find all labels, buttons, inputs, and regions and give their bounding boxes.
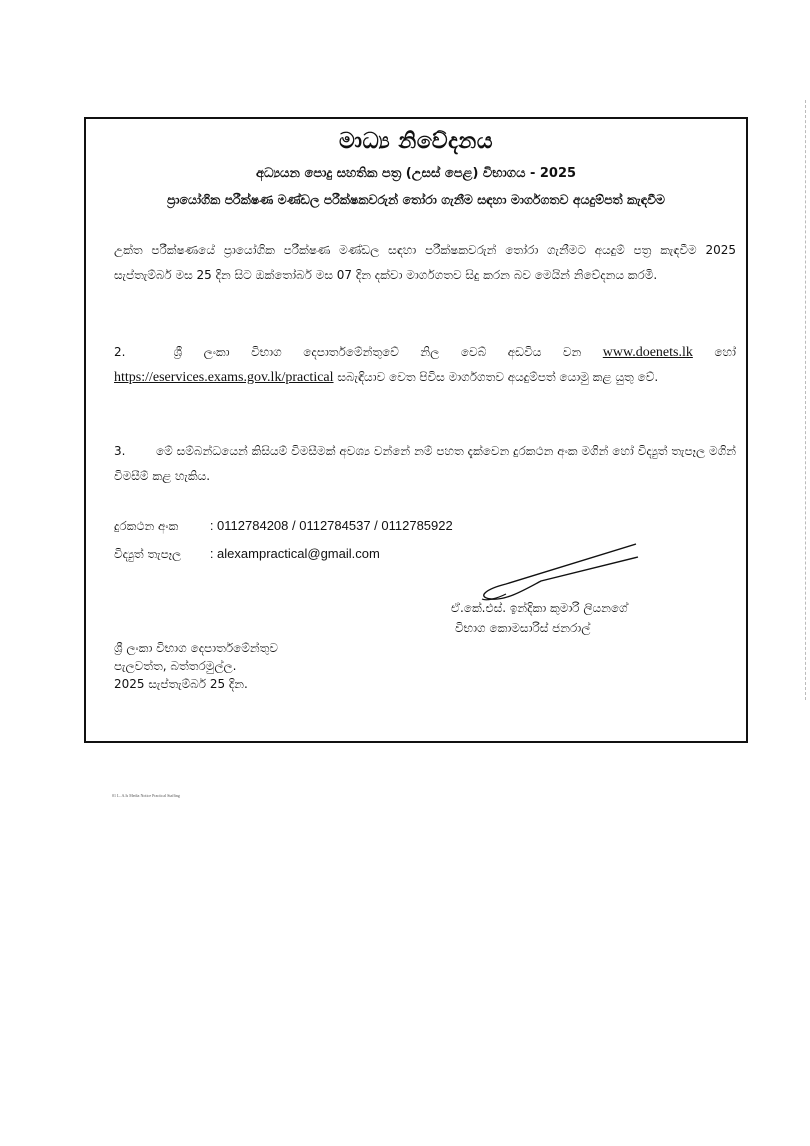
paragraph-text: සබැඳියාව වෙත පිවිස මාර්ගගතව අයදුම්පත් යො…: [337, 370, 658, 384]
signatory-name: ඒ.කේ.එස්. ඉන්දිකා කුමාරි ලියනගේ: [451, 598, 628, 618]
address-date: 2025 සැප්තැම්බර් 25 දින.: [114, 675, 278, 693]
signatory: ඒ.කේ.එස්. ඉන්දිකා කුමාරි ලියනගේ විභාග කො…: [451, 598, 628, 638]
notice-frame: මාධ්‍ය නිවේදනය අධ්‍යයන පොදු සහතික පත්‍ර …: [84, 117, 748, 743]
scan-edge-artifact: [803, 100, 806, 700]
paragraph-1: උක්ත පරීක්ෂණයේ ප්‍රායෝගික පරීක්ෂණ මණ්ඩල …: [114, 238, 736, 288]
email-value: : alexampractical@gmail.com: [210, 546, 380, 561]
footer-note: 01 L..A.Is Media Notice Practical Staffi…: [112, 793, 180, 798]
phone-row: දුරකථන අංක : 0112784208 / 0112784537 / 0…: [114, 512, 453, 540]
paragraph-number: 2.: [114, 340, 152, 365]
notice-heading: ප්‍රායෝගික පරීක්ෂණ මණ්ඩල පරීක්ෂකවරුන් තෝ…: [86, 192, 746, 208]
address-line: පැලවත්ත, බත්තරමුල්ල.: [114, 657, 278, 675]
eservices-link[interactable]: https://eservices.exams.gov.lk/practical: [114, 370, 334, 385]
address-block: ශ්‍රී ලංකා විභාග දෙපාර්තමේන්තුව පැලවත්ත,…: [114, 639, 278, 693]
paragraph-text: ශ්‍රී ලංකා විභාග දෙපාර්තමේන්තුවේ නිල වෙබ…: [174, 345, 582, 359]
email-row: විද්‍යුත් තැපෑල : alexampractical@gmail.…: [114, 540, 380, 568]
email-label: විද්‍යුත් තැපෑල: [114, 540, 206, 568]
exam-subtitle: අධ්‍යයන පොදු සහතික පත්‍ර (උසස් පෙළ) විභා…: [86, 166, 746, 181]
phone-value: : 0112784208 / 0112784537 / 0112785922: [210, 518, 453, 533]
paragraph-text: හෝ: [714, 345, 736, 359]
paragraph-3: 3. මේ සම්බන්ධයෙන් කිසියම් විමසීමක් අවශ්‍…: [114, 439, 736, 489]
page-title: මාධ්‍ය නිවේදනය: [86, 129, 746, 154]
paragraph-number: 3.: [114, 439, 152, 464]
signatory-designation: විභාග කොමසාරිස් ජනරාල්: [451, 618, 628, 638]
paragraph-2: 2. ශ්‍රී ලංකා විභාග දෙපාර්තමේන්තුවේ නිල …: [114, 340, 736, 390]
phone-label: දුරකථන අංක: [114, 512, 206, 540]
address-line: ශ්‍රී ලංකා විභාග දෙපාර්තමේන්තුව: [114, 639, 278, 657]
doenets-link[interactable]: www.doenets.lk: [603, 345, 693, 360]
paragraph-text: මේ සම්බන්ධයෙන් කිසියම් විමසීමක් අවශ්‍ය ව…: [114, 444, 736, 483]
